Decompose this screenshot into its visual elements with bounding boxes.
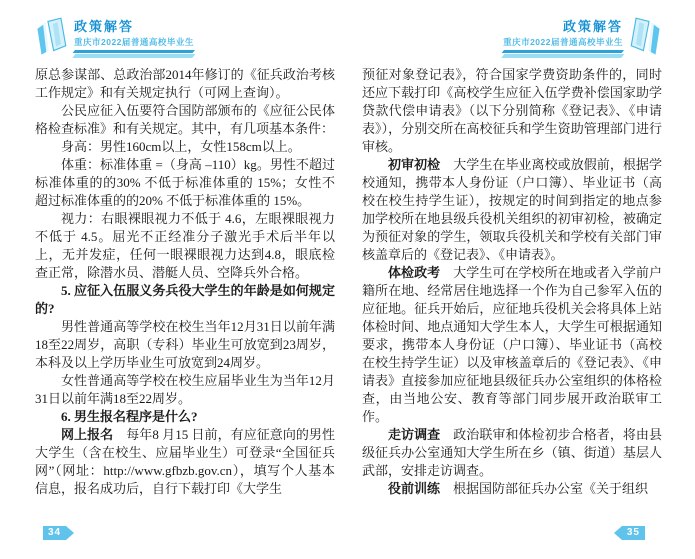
booklet-logo-icon: [628, 14, 662, 58]
header-text-block: 政策解答 重庆市2022届普通高校毕业生: [503, 14, 623, 57]
paragraph: 6. 男生报名程序是什么?: [35, 408, 335, 426]
paragraph: 身高：男性160cm以上，女性158cm以上。: [35, 138, 335, 156]
paragraph: 视力：右眼裸眼视力不低于 4.6，左眼裸眼视力不低于 4.5。屈光不正经准分子激…: [35, 210, 335, 282]
page-number: 35: [622, 526, 645, 540]
right-page: 政策解答 重庆市2022届普通高校毕业生 预征对象登记表: [347, 0, 695, 559]
header-title: 政策解答: [74, 19, 194, 34]
booklet-spread: 政策解答 重庆市2022届普通高校毕业生 原总参谋部、总政治部2014年修订的《…: [0, 0, 695, 559]
right-page-header: 政策解答 重庆市2022届普通高校毕业生: [362, 14, 662, 60]
paragraph: 网上报名 每年8 月15 日前，有应征意向的男性大学生（含在校生、应届毕业生）可…: [35, 426, 335, 498]
stripe-light: [502, 54, 625, 58]
badge-arrow-icon: [66, 526, 74, 540]
paragraph: 体重：标准体重 =（身高 –110）kg。男性不超过标准体重的的30% 不低于标…: [35, 156, 335, 210]
paragraph: 5. 应征入伍服义务兵役大学生的年龄是如何规定的?: [35, 282, 335, 318]
booklet-logo-icon: [35, 14, 69, 58]
stripe-dark: [502, 50, 624, 53]
header-subtitle: 重庆市2022届普通高校毕业生: [503, 37, 623, 47]
header-stripes: [74, 50, 194, 57]
run-in-heading: 役前训练: [388, 481, 440, 496]
left-page: 政策解答 重庆市2022届普通高校毕业生 原总参谋部、总政治部2014年修订的《…: [0, 0, 347, 559]
header-title: 政策解答: [503, 19, 623, 34]
header-stripes: [503, 50, 623, 57]
paragraph: 公民应征入伍要符合国防部颁布的《应征公民体格检查标准》和有关规定。其中，有几项基…: [35, 102, 335, 138]
paragraph: 原总参谋部、总政治部2014年修订的《征兵政治考核工作规定》和有关规定执行（可网…: [35, 66, 335, 102]
header-subtitle: 重庆市2022届普通高校毕业生: [74, 37, 194, 47]
run-in-heading: 走访调查: [388, 427, 440, 442]
page-number-badge-right: 35: [614, 526, 645, 540]
badge-arrow-icon: [614, 526, 622, 540]
run-in-heading: 初审初检: [388, 157, 440, 172]
page-number-badge-left: 34: [43, 526, 74, 540]
run-in-heading: 体检政考: [388, 265, 440, 280]
left-page-header: 政策解答 重庆市2022届普通高校毕业生: [35, 14, 335, 60]
paragraph: 预征对象登记表》，符合国家学费资助条件的，同时还应下载打印《高校学生应征入伍学费…: [362, 66, 662, 156]
paragraph: 初审初检 大学生在毕业离校或放假前，根据学校通知，携带本人身份证（户口簿）、毕业…: [362, 156, 662, 264]
run-in-heading: 网上报名: [61, 427, 113, 442]
right-page-text: 预征对象登记表》，符合国家学费资助条件的，同时还应下载打印《高校学生应征入伍学费…: [362, 66, 662, 498]
paragraph: 男性普通高等学校在校生当年12月31日以前年满18至22周岁，高职（专科）毕业生…: [35, 318, 335, 372]
left-page-text: 原总参谋部、总政治部2014年修订的《征兵政治考核工作规定》和有关规定执行（可网…: [35, 66, 335, 498]
paragraph: 走访调查 政治联审和体检初步合格者，将由县级征兵办公室通知大学生所在乡（镇、街道…: [362, 426, 662, 480]
stripe-dark: [73, 50, 195, 53]
paragraph: 役前训练 根据国防部征兵办公室《关于组织: [362, 480, 662, 498]
header-text-block: 政策解答 重庆市2022届普通高校毕业生: [74, 14, 194, 57]
stripe-light: [73, 54, 196, 58]
paragraph: 女性普通高等学校在校生应届毕业生为当年12月31日以前年满18至22周岁。: [35, 372, 335, 408]
paragraph: 体检政考 大学生可在学校所在地或者入学前户籍所在地、经常居住地选择一个作为自己参…: [362, 264, 662, 426]
page-number: 34: [43, 526, 66, 540]
